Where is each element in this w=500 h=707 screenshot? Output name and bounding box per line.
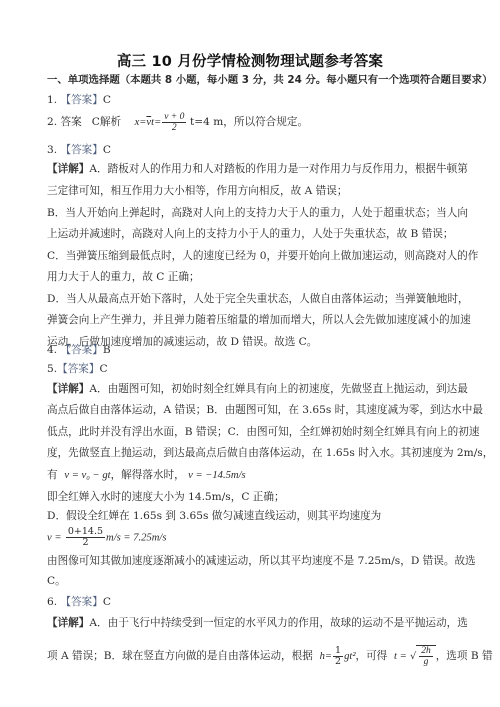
answer-prefix: 答案 bbox=[60, 116, 81, 128]
item-number: 3. bbox=[47, 144, 57, 156]
answer-value: C bbox=[99, 363, 107, 375]
item-2: 2. 答案 C解析 x=vt=v + 02 t=4 m，所以符合规定。 bbox=[47, 112, 308, 133]
detail-line: D．假设全红婵在 1.65s 到 3.65s 做匀减速直线运动，则其平均速度为 bbox=[47, 509, 381, 523]
detail-line: 【详解】A．由题图可知，初始时刻全红婵具有向上的初速度，先做竖直上抛运动，到达最 bbox=[47, 382, 468, 396]
detail-line: 高点后做自由落体运动，A 错误；B．由题图可知，在 3.65s 时，其速度减为零… bbox=[47, 403, 483, 417]
detail-line: 度，先做竖直上抛运动，到达最高点后做自由落体运动，在 1.65s 时入水。其初速… bbox=[47, 446, 493, 460]
fraction: 0+14.52 bbox=[66, 527, 105, 548]
equation: v = −14.5m/s bbox=[188, 470, 246, 481]
detail-tag: 【详解】 bbox=[47, 163, 89, 175]
fraction: 12 bbox=[333, 646, 343, 667]
item-number: 4. bbox=[47, 344, 57, 356]
detail-line: 【详解】A．踏板对人的作用力和人对踏板的作用力是一对作用力与反作用力，根据牛顿第 bbox=[47, 162, 468, 176]
answer-value: C bbox=[103, 144, 111, 156]
formula: x=vt=v + 02 bbox=[135, 117, 190, 128]
answer-tag: 【答案】 bbox=[60, 344, 102, 356]
detail-line: 即全红婵入水时的速度大小为 14.5m/s，C 正确； bbox=[47, 490, 285, 504]
item-5: 5.【答案】C bbox=[47, 362, 108, 376]
answer-value: C bbox=[103, 94, 111, 106]
analysis-label: 解析 bbox=[100, 116, 121, 128]
detail-tag: 【详解】 bbox=[47, 617, 89, 629]
fraction: 2hg bbox=[419, 646, 433, 667]
answer-tag: 【答案】 bbox=[57, 363, 99, 375]
detail-line: C．当弹簧压缩到最低点时，人的速度已经为 0，并要开始向上做加速运动，则高跷对人… bbox=[47, 249, 478, 263]
answer-value: C bbox=[92, 116, 100, 128]
detail-line: 用力大于人的重力，故 C 正确； bbox=[47, 270, 200, 284]
answer-value: C bbox=[103, 596, 111, 608]
item-6: 6. 【答案】C bbox=[47, 595, 111, 609]
equation: v = v₀ − gt bbox=[64, 470, 110, 481]
document-title: 高三 10 月份学情检测物理试题参考答案 bbox=[0, 50, 500, 71]
detail-line: C。 bbox=[47, 574, 66, 588]
item-3: 3. 【答案】C bbox=[47, 143, 111, 157]
item-4-row: 4. 【答案】B bbox=[47, 343, 111, 357]
detail-line: 低点，此时并没有浮出水面，B 错误；C．由图可知，全红婵初始时刻全红婵具有向上的… bbox=[47, 425, 479, 439]
formula-rest: t=4 m，所以符合规定。 bbox=[190, 116, 308, 128]
item-number: 6. bbox=[47, 596, 57, 608]
answer-value: B bbox=[103, 344, 111, 356]
item-number: 5. bbox=[47, 363, 57, 375]
detail-line: D．当人从最高点开始下落时，人处于完全失重状态，人做自由落体运动；当弹簧触地时， bbox=[47, 292, 469, 306]
detail-line: 【详解】A．由于飞行中持续受到一恒定的水平风力的作用，故球的运动不是平抛运动，选 bbox=[47, 616, 468, 630]
item-number: 1. bbox=[47, 94, 57, 106]
detail-line: 由图像可知其做加速度逐渐减小的减速运动，所以其平均速度不是 7.25m/s，D … bbox=[47, 554, 476, 568]
detail-line: 弹簧会向上产生弹力，并且弹力随着压缩量的增加而增大，所以人会先做加速度减小的加速 bbox=[47, 313, 471, 327]
detail-line: 项 A 错误；B．球在竖直方向做的是自由落体运动，根据 h=12gt²，可得 t… bbox=[47, 645, 493, 667]
answer-tag: 【答案】 bbox=[60, 144, 102, 156]
answer-tag: 【答案】 bbox=[60, 596, 102, 608]
detail-line: 上运动并减速时，高跷对人向上的支持力小于人的重力，人处于失重状态，故 B 错误； bbox=[47, 227, 454, 241]
fraction: v + 02 bbox=[162, 112, 186, 133]
item-number: 2. bbox=[47, 116, 57, 128]
detail-line: B．当人开始向上弹起时，高跷对人向上的支持力大于人的重力，人处于超重状态；当人向 bbox=[47, 206, 468, 220]
equation-line: 有 v = v₀ − gt，解得落水时， v = −14.5m/s bbox=[47, 468, 246, 483]
answer-tag: 【答案】 bbox=[60, 94, 102, 106]
detail-tag: 【详解】 bbox=[47, 383, 89, 395]
document-page: 高三 10 月份学情检测物理试题参考答案 一、单项选择题（本题共 8 小题，每小… bbox=[0, 0, 500, 707]
section-heading: 一、单项选择题（本题共 8 小题，每小题 3 分，共 24 分。每小题只有一个选… bbox=[47, 73, 492, 87]
square-root: √2hg bbox=[410, 645, 436, 667]
detail-line: 三定律可知，相互作用力大小相等，作用方向相反，故 A 错误； bbox=[47, 184, 347, 198]
item-1: 1. 【答案】C bbox=[47, 93, 111, 107]
average-velocity-formula: v = 0+14.52m/s = 7.25m/s bbox=[47, 527, 166, 548]
